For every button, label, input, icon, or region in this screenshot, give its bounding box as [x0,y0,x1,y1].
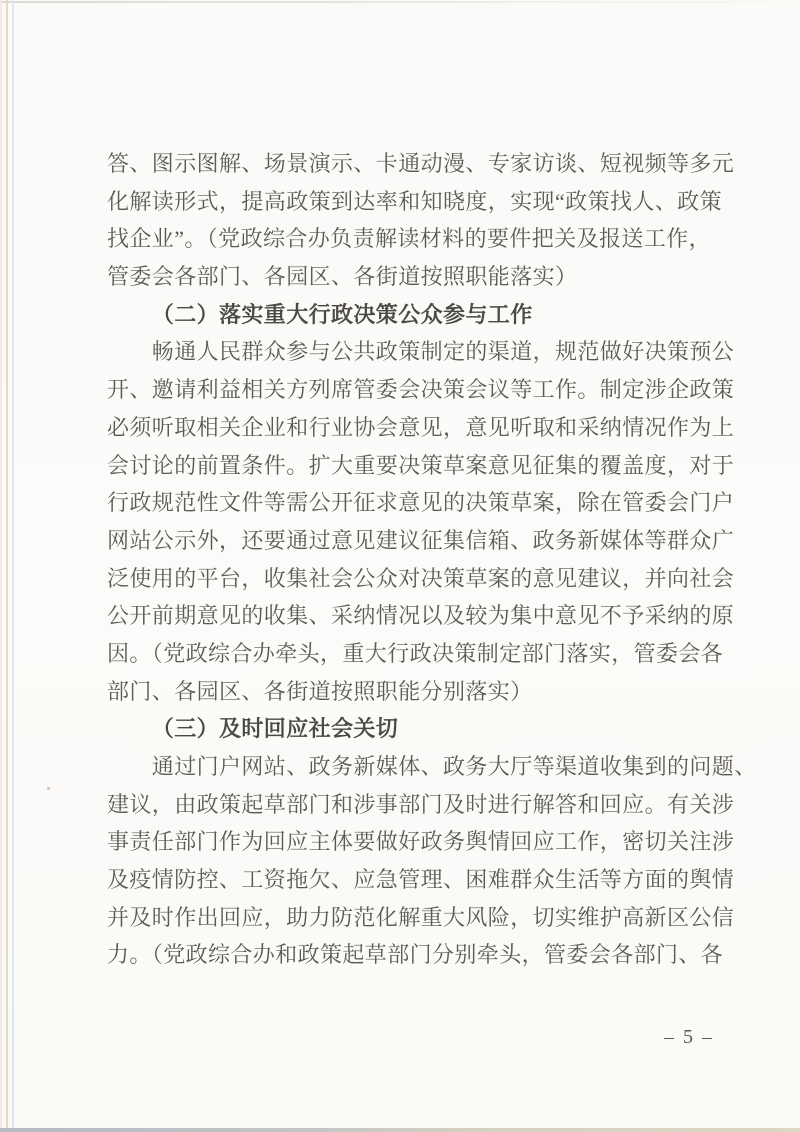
document-line: 泛使用的平台，收集社会公众对决策草案的意见建议，并向社会 [107,560,739,598]
document-line: 会讨论的前置条件。扩大重要决策草案意见征集的覆盖度，对于 [107,447,739,485]
scan-artifact-speck [47,787,50,790]
document-line: 建议，由政策起草部门和涉事部门及时进行解答和回应。有关涉 [107,786,739,824]
document-line: 并及时作出回应，助力防范化解重大风险，切实维护高新区公信 [107,899,739,937]
section-heading: （二）落实重大行政决策公众参与工作 [107,296,739,334]
document-line: 公开前期意见的收集、采纳情况以及较为集中意见不予采纳的原 [107,597,739,635]
document-line: 必须听取相关企业和行业协会意见，意见听取和采纳情况作为上 [107,409,739,447]
document-line: 事责任部门作为回应主体要做好政务舆情回应工作，密切关注涉 [107,823,739,861]
scan-artifact-left-blue-line [12,0,14,1132]
document-lines: 答、图示图解、场景演示、卡通动漫、专家访谈、短视频等多元化解读形式，提高政策到达… [107,145,739,974]
scanned-document-page: { "document": { "page_number": "– 5 –", … [0,0,800,1132]
scan-artifact-left-tan-line [6,0,8,1132]
document-line: 因。（党政综合办牵头，重大行政决策制定部门落实，管委会各 [107,635,739,673]
document-line: 找企业”。（党政综合办负责解读材料的要件把关及报送工作， [107,220,739,258]
document-line: 部门、各园区、各街道按照职能分别落实） [107,673,739,711]
page-number: – 5 – [664,1026,714,1049]
document-line: 及疫情防控、工资拖欠、应急管理、困难群众生活等方面的舆情 [107,861,739,899]
document-line: 网站公示外，还要通过意见建议征集信箱、政务新媒体等群众广 [107,522,739,560]
document-line: 开、邀请利益相关方列席管委会决策会议等工作。制定涉企政策 [107,371,739,409]
document-line: 畅通人民群众参与公共政策制定的渠道，规范做好决策预公 [107,333,739,371]
scan-artifact-top-line [0,1,800,3]
document-line: 管委会各部门、各园区、各街道按照职能落实） [107,258,739,296]
document-line: 通过门户网站、政务新媒体、政务大厅等渠道收集到的问题、 [107,748,739,786]
document-line: 力。（党政综合办和政策起草部门分别牵头，管委会各部门、各 [107,936,739,974]
document-line: 行政规范性文件等需公开征求意见的决策草案，除在管委会门户 [107,484,739,522]
document-line: 化解读形式，提高政策到达率和知晓度，实现“政策找人、政策 [107,183,739,221]
section-heading: （三）及时回应社会关切 [107,710,739,748]
document-line: 答、图示图解、场景演示、卡通动漫、专家访谈、短视频等多元 [107,145,739,183]
scan-artifact-bottom-band [0,1128,800,1132]
scan-artifact-left-pink-line [0,0,2,1132]
